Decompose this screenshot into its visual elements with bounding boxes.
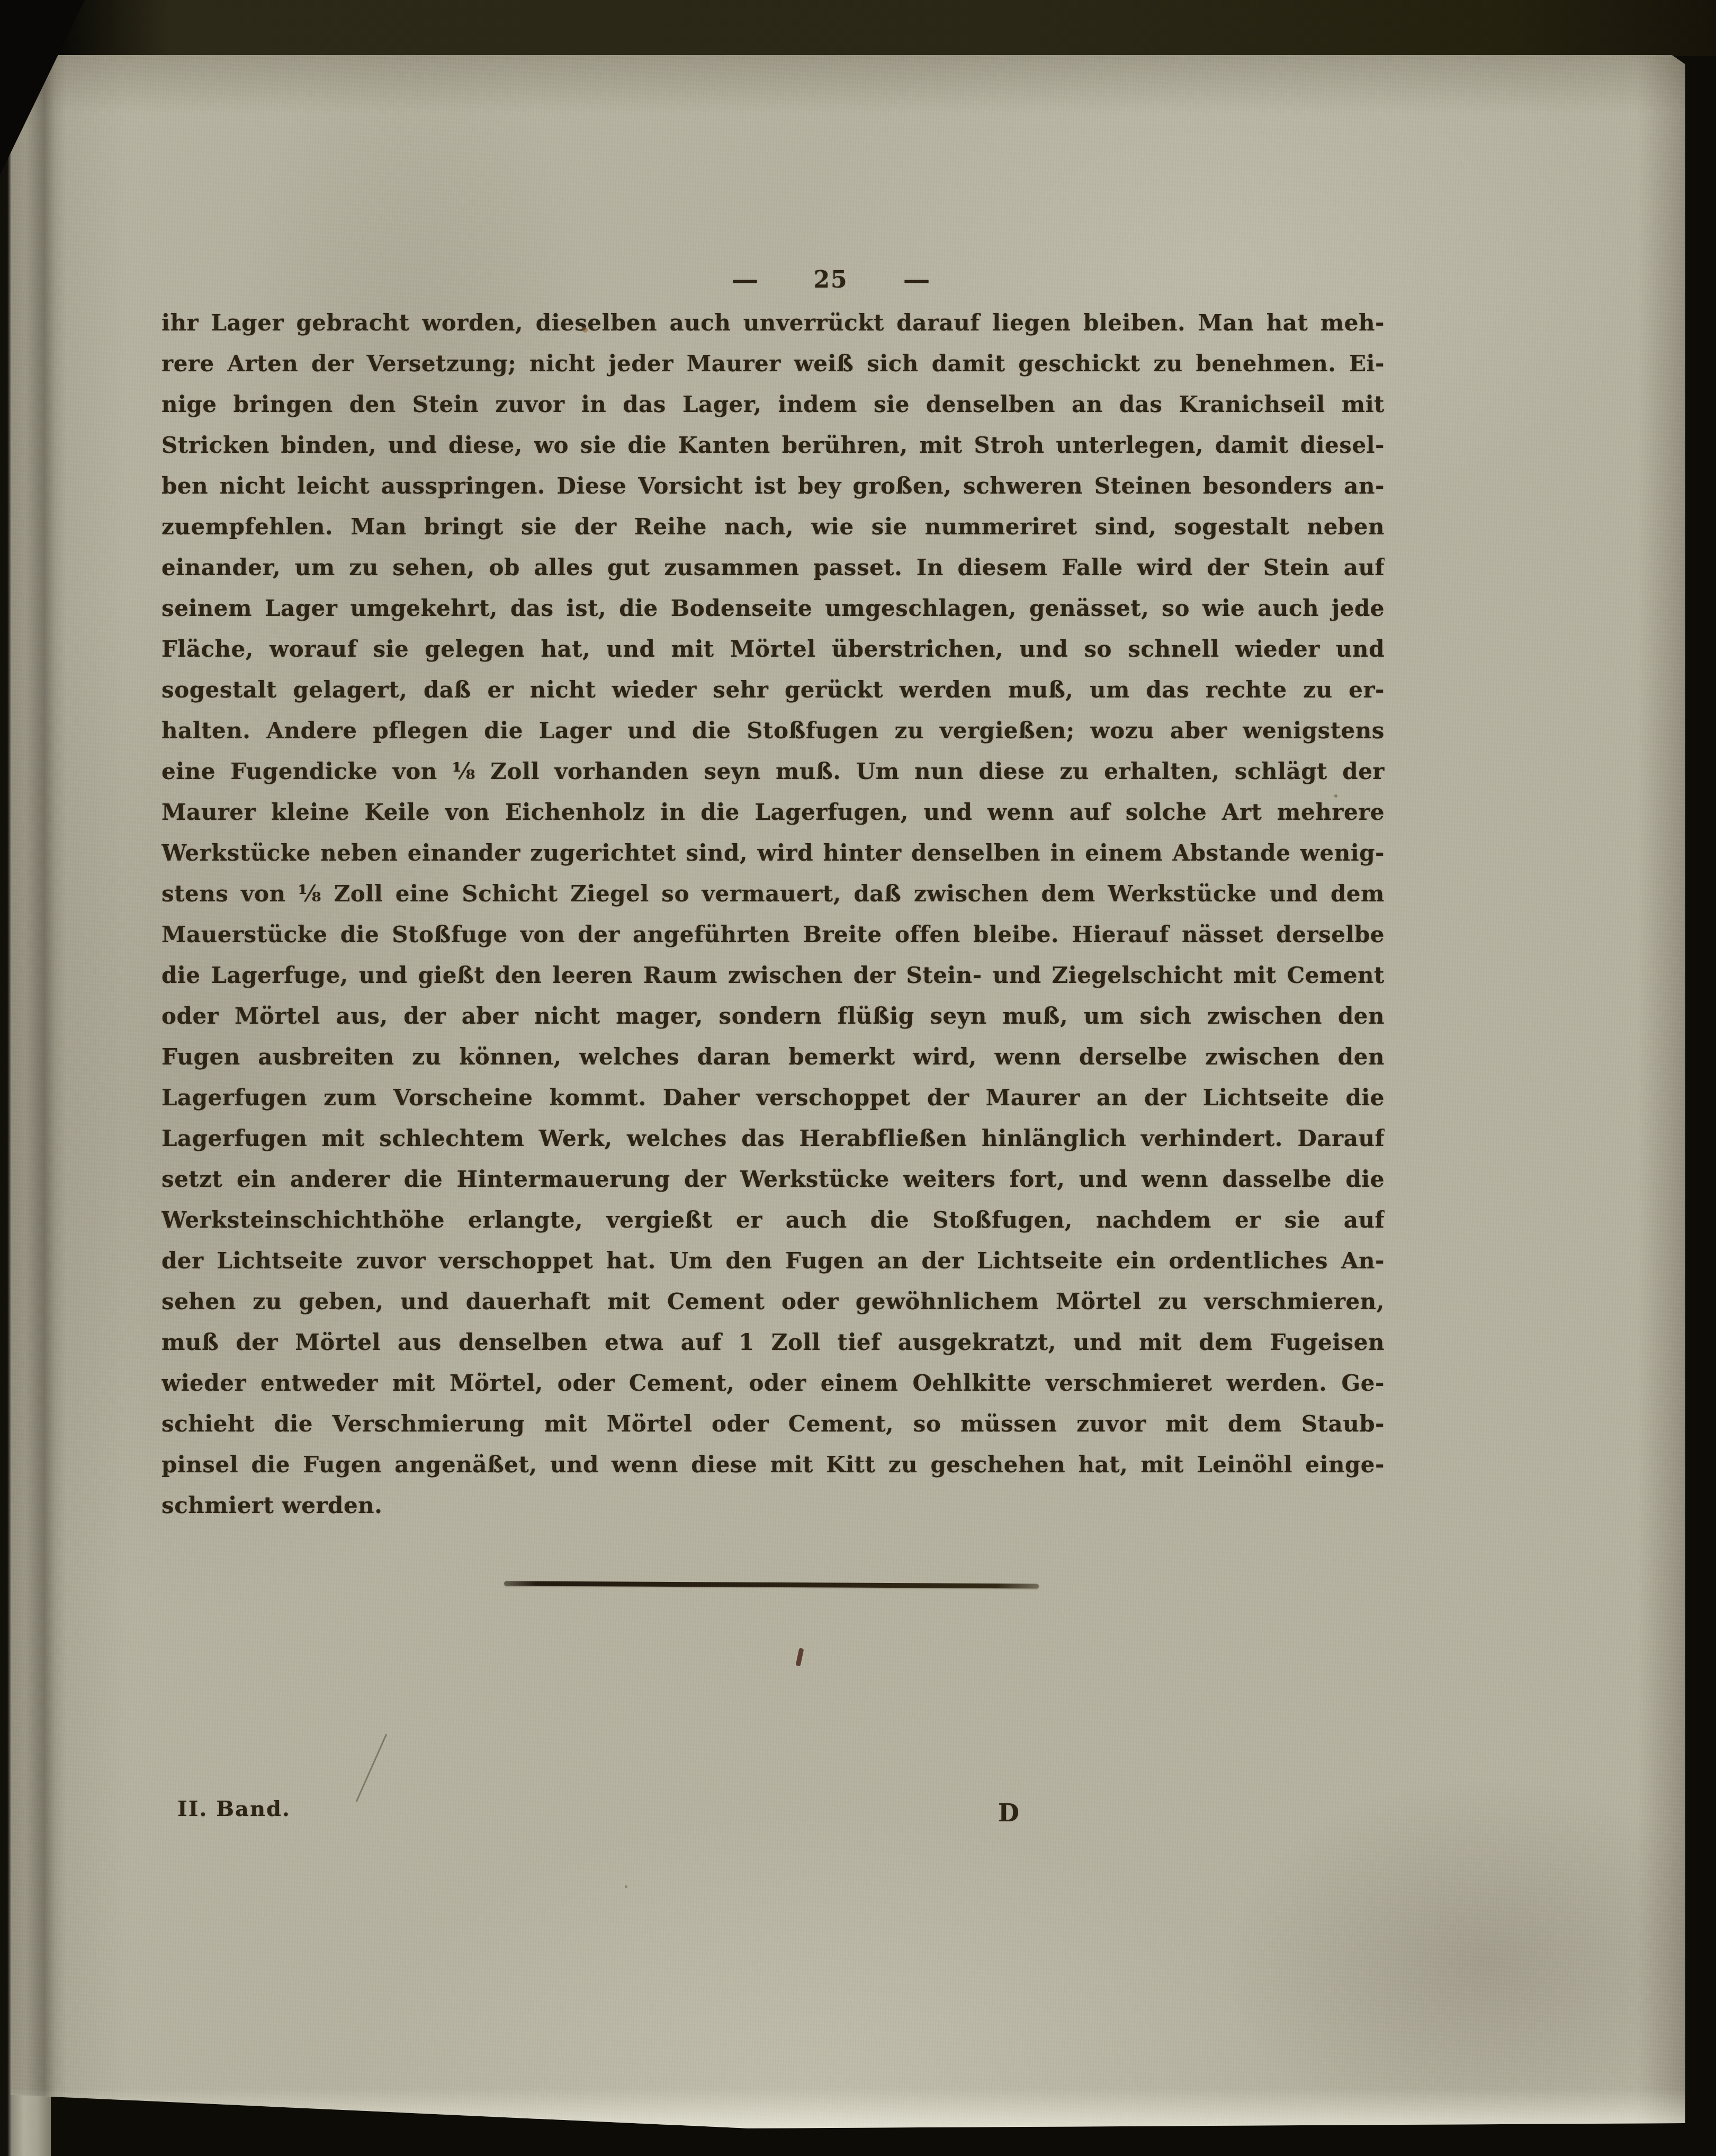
text-line: ihr Lager gebracht worden, dieselben auc… [161,302,1385,343]
text-line: wieder entweder mit Mörtel, oder Cement,… [161,1363,1385,1403]
page-bottom-edge-highlight [11,2079,1685,2129]
text-line: sogestalt gelagert, daß er nicht wieder … [161,669,1385,710]
text-line: einander, um zu sehen, ob alles gut zusa… [161,547,1385,588]
page-number: 25 [813,266,848,293]
page-header: — 25 — [733,263,928,297]
text-line: die Lagerfuge, und gießt den leeren Raum… [161,955,1385,996]
text-line: Lagerfugen mit schlechtem Werk, welches … [161,1118,1385,1159]
body-text: ihr Lager gebracht worden, dieselben auc… [161,302,1385,1526]
text-line: pinsel die Fugen angenäßet, und wenn die… [161,1444,1385,1485]
text-line: eine Fugendicke von ⅛ Zoll vorhanden sey… [161,751,1385,792]
text-line: Mauerstücke die Stoßfuge von der angefüh… [161,914,1385,955]
scanned-book-photo: — 25 — ihr Lager gebracht worden, diesel… [0,0,1716,2156]
catchword: D [998,1799,1019,1827]
header-dash-right: — [903,266,930,293]
text-line: setzt ein anderer die Hintermauerung der… [161,1159,1385,1200]
text-line: Werksteinschichthöhe erlangte, vergießt … [161,1200,1385,1240]
text-line: sehen zu geben, und dauerhaft mit Cement… [161,1281,1385,1322]
text-line: schmiert werden. [161,1485,1385,1526]
text-line: ben nicht leicht ausspringen. Diese Vors… [161,466,1385,506]
text-line: Fläche, worauf sie gelegen hat, und mit … [161,629,1385,669]
text-line: Fugen ausbreiten zu können, welches dara… [161,1036,1385,1077]
text-line: muß der Mörtel aus denselben etwa auf 1 … [161,1322,1385,1363]
scan-background-top [0,0,1716,56]
volume-label: II. Band. [177,1796,291,1821]
text-line: stens von ⅛ Zoll eine Schicht Ziegel so … [161,873,1385,914]
text-line: nige bringen den Stein zuvor in das Lage… [161,384,1385,425]
text-line: oder Mörtel aus, der aber nicht mager, s… [161,996,1385,1036]
text-line: der Lichtseite zuvor verschoppet hat. Um… [161,1240,1385,1281]
page-gutter-crease [25,55,67,2129]
text-line: Maurer kleine Keile von Eichenholz in di… [161,792,1385,833]
text-line: rere Arten der Versetzung; nicht jeder M… [161,343,1385,384]
text-line: halten. Andere pflegen die Lager und die… [161,710,1385,751]
text-line: Lagerfugen zum Vorscheine kommt. Daher v… [161,1077,1385,1118]
text-line: Stricken binden, und diese, wo sie die K… [161,425,1385,466]
header-dash-left: — [732,266,759,293]
text-line: seinem Lager umgekehrt, das ist, die Bod… [161,588,1385,629]
text-line: zuempfehlen. Man bringt sie der Reihe na… [161,506,1385,547]
text-line: Werkstücke neben einander zugerichtet si… [161,833,1385,873]
text-line: schieht die Verschmierung mit Mörtel ode… [161,1403,1385,1444]
